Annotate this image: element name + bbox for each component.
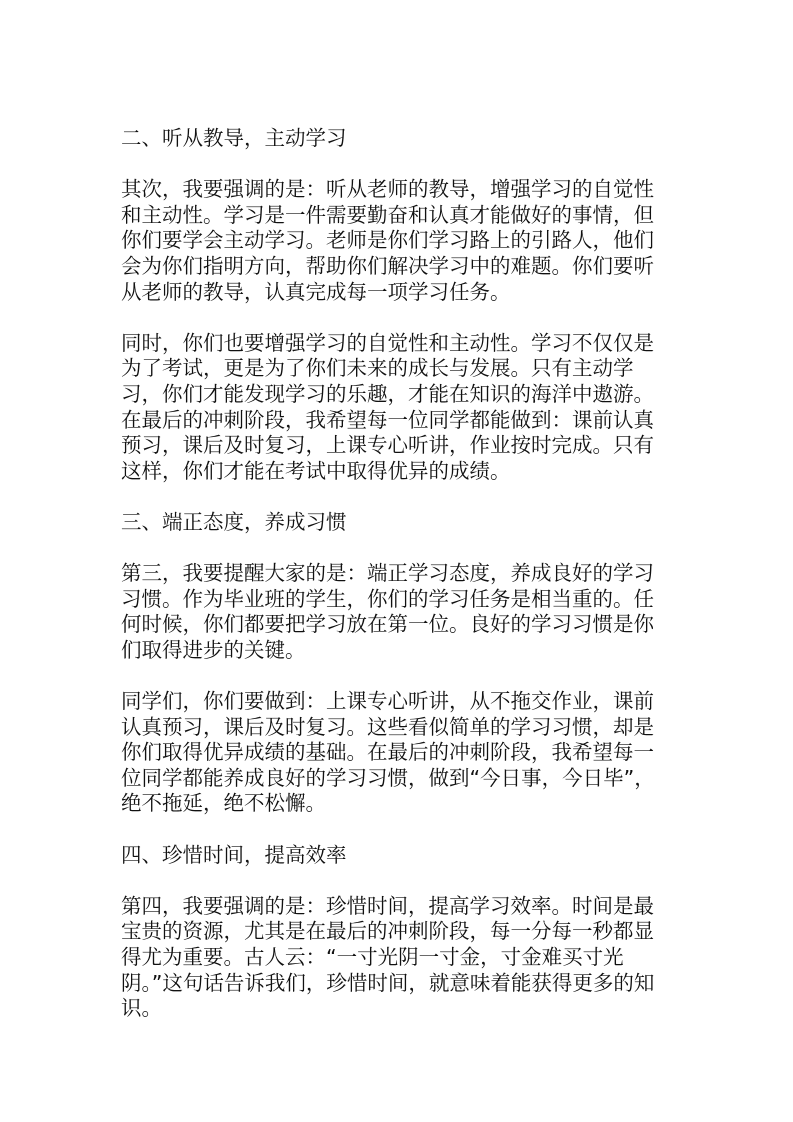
heading-text: 四、珍惜时间，提高效率	[121, 843, 701, 869]
paragraph-line: 你们取得优异成绩的基础。在最后的冲刺阶段，我希望每一	[121, 740, 701, 766]
section-heading-2: 二、听从教导，主动学习	[121, 126, 701, 152]
paragraph-line: 第三，我要提醒大家的是：端正学习态度，养成良好的学习	[121, 561, 701, 587]
paragraph-cherish-time: 第四，我要强调的是：珍惜时间，提高学习效率。时间是最 宝贵的资源，尤其是在最后的…	[121, 894, 701, 1022]
paragraph-line: 认真预习，课后及时复习。这些看似简单的学习习惯，却是	[121, 715, 701, 741]
paragraph-line: 阴。”这句话告诉我们，珍惜时间，就意味着能获得更多的知	[121, 971, 701, 997]
paragraph-line: 同学们，你们要做到：上课专心听讲，从不拖交作业，课前	[121, 689, 701, 715]
paragraph-attitude: 第三，我要提醒大家的是：端正学习态度，养成良好的学习 习惯。作为毕业班的学生，你…	[121, 561, 701, 663]
paragraph-line: 从老师的教导，认真完成每一项学习任务。	[121, 280, 701, 306]
paragraph-line: 在最后的冲刺阶段，我希望每一位同学都能做到：课前认真	[121, 408, 701, 434]
paragraph-line: 会为你们指明方向，帮助你们解决学习中的难题。你们要听	[121, 254, 701, 280]
paragraph-line: 得尤为重要。古人云：“一寸光阴一寸金，寸金难买寸光	[121, 945, 701, 971]
section-heading-3: 三、端正态度，养成习惯	[121, 510, 701, 536]
section-heading-4: 四、珍惜时间，提高效率	[121, 843, 701, 869]
paragraph-line: 位同学都能养成良好的学习习惯，做到“今日事，今日毕”，	[121, 766, 701, 792]
paragraph-line: 习惯。作为毕业班的学生，你们的学习任务是相当重的。任	[121, 587, 701, 613]
paragraph-line: 和主动性。学习是一件需要勤奋和认真才能做好的事情，但	[121, 203, 701, 229]
paragraph-line: 习，你们才能发现学习的乐趣，才能在知识的海洋中遨游。	[121, 382, 701, 408]
paragraph-line: 宝贵的资源，尤其是在最后的冲刺阶段，每一分每一秒都显	[121, 919, 701, 945]
paragraph-listen-to-teachers: 其次，我要强调的是：听从老师的教导，增强学习的自觉性 和主动性。学习是一件需要勤…	[121, 177, 701, 305]
paragraph-line: 们取得进步的关键。	[121, 638, 701, 664]
paragraph-line: 预习，课后及时复习，上课专心听讲，作业按时完成。只有	[121, 433, 701, 459]
paragraph-self-motivation: 同时，你们也要增强学习的自觉性和主动性。学习不仅仅是 为了考试，更是为了你们未来…	[121, 331, 701, 485]
paragraph-line: 识。	[121, 996, 701, 1022]
paragraph-line: 绝不拖延，绝不松懈。	[121, 791, 701, 817]
heading-text: 三、端正态度，养成习惯	[121, 510, 701, 536]
paragraph-line: 何时候，你们都要把学习放在第一位。良好的学习习惯是你	[121, 612, 701, 638]
paragraph-line: 同时，你们也要增强学习的自觉性和主动性。学习不仅仅是	[121, 331, 701, 357]
paragraph-habits: 同学们，你们要做到：上课专心听讲，从不拖交作业，课前 认真预习，课后及时复习。这…	[121, 689, 701, 817]
paragraph-line: 你们要学会主动学习。老师是你们学习路上的引路人，他们	[121, 228, 701, 254]
document-page: 二、听从教导，主动学习 其次，我要强调的是：听从老师的教导，增强学习的自觉性 和…	[121, 126, 701, 1047]
paragraph-line: 这样，你们才能在考试中取得优异的成绩。	[121, 459, 701, 485]
paragraph-line: 第四，我要强调的是：珍惜时间，提高学习效率。时间是最	[121, 894, 701, 920]
paragraph-line: 为了考试，更是为了你们未来的成长与发展。只有主动学	[121, 356, 701, 382]
paragraph-line: 其次，我要强调的是：听从老师的教导，增强学习的自觉性	[121, 177, 701, 203]
heading-text: 二、听从教导，主动学习	[121, 126, 701, 152]
